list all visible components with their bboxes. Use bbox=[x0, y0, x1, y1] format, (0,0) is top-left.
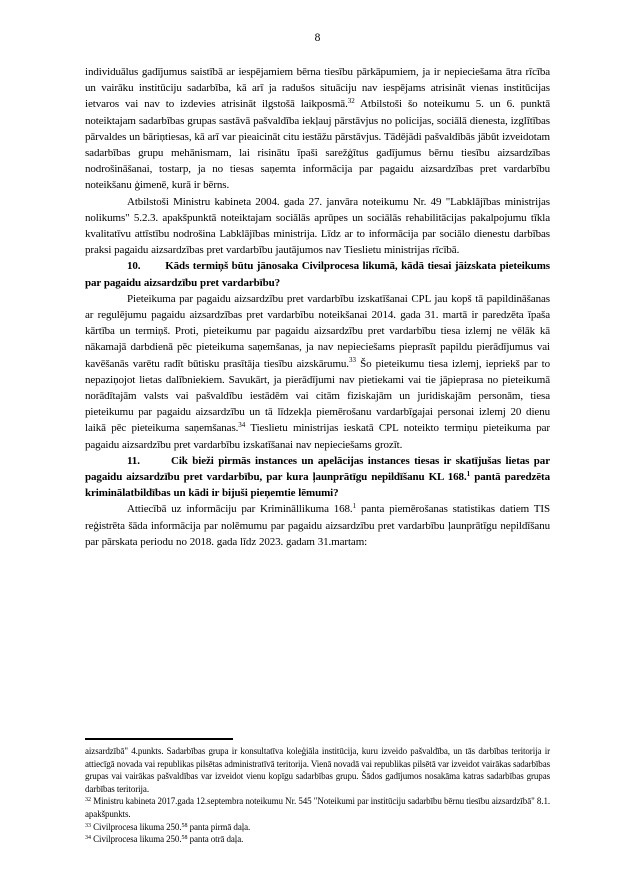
footnote-continuation: aizsardzībā" 4.punkts. Sadarbības grupa … bbox=[85, 745, 550, 795]
footnotes-section: aizsardzībā" 4.punkts. Sadarbības grupa … bbox=[85, 738, 550, 846]
footnote-32: 32 Ministru kabineta 2017.gada 12.septem… bbox=[85, 795, 550, 820]
paragraph-pieteikuma-izskatisana: Pieteikuma par pagaidu aizsardzību pret … bbox=[85, 291, 550, 453]
footnote-34: 34 Civilprocesa likuma 250.58 panta otrā… bbox=[85, 833, 550, 846]
page-number: 8 bbox=[85, 30, 550, 46]
paragraph-statistika: Attiecībā uz informāciju par Krimināllik… bbox=[85, 501, 550, 550]
footnote-separator-rule bbox=[85, 738, 233, 740]
question-11-heading: 11. Cik bieži pirmās instances un apelāc… bbox=[85, 453, 550, 502]
document-page: 8 individuālus gadījumus saistībā ar ies… bbox=[0, 0, 634, 896]
paragraph-sadarbibas-grupas: individuālus gadījumus saistībā ar iespē… bbox=[85, 64, 550, 194]
question-10-heading: 10. Kāds termiņš būtu jānosaka Civilproc… bbox=[85, 258, 550, 290]
paragraph-labklajibas-ministrija: Atbilstoši Ministru kabineta 2004. gada … bbox=[85, 194, 550, 259]
footnote-33: 33 Civilprocesa likuma 250.58 panta pirm… bbox=[85, 821, 550, 834]
